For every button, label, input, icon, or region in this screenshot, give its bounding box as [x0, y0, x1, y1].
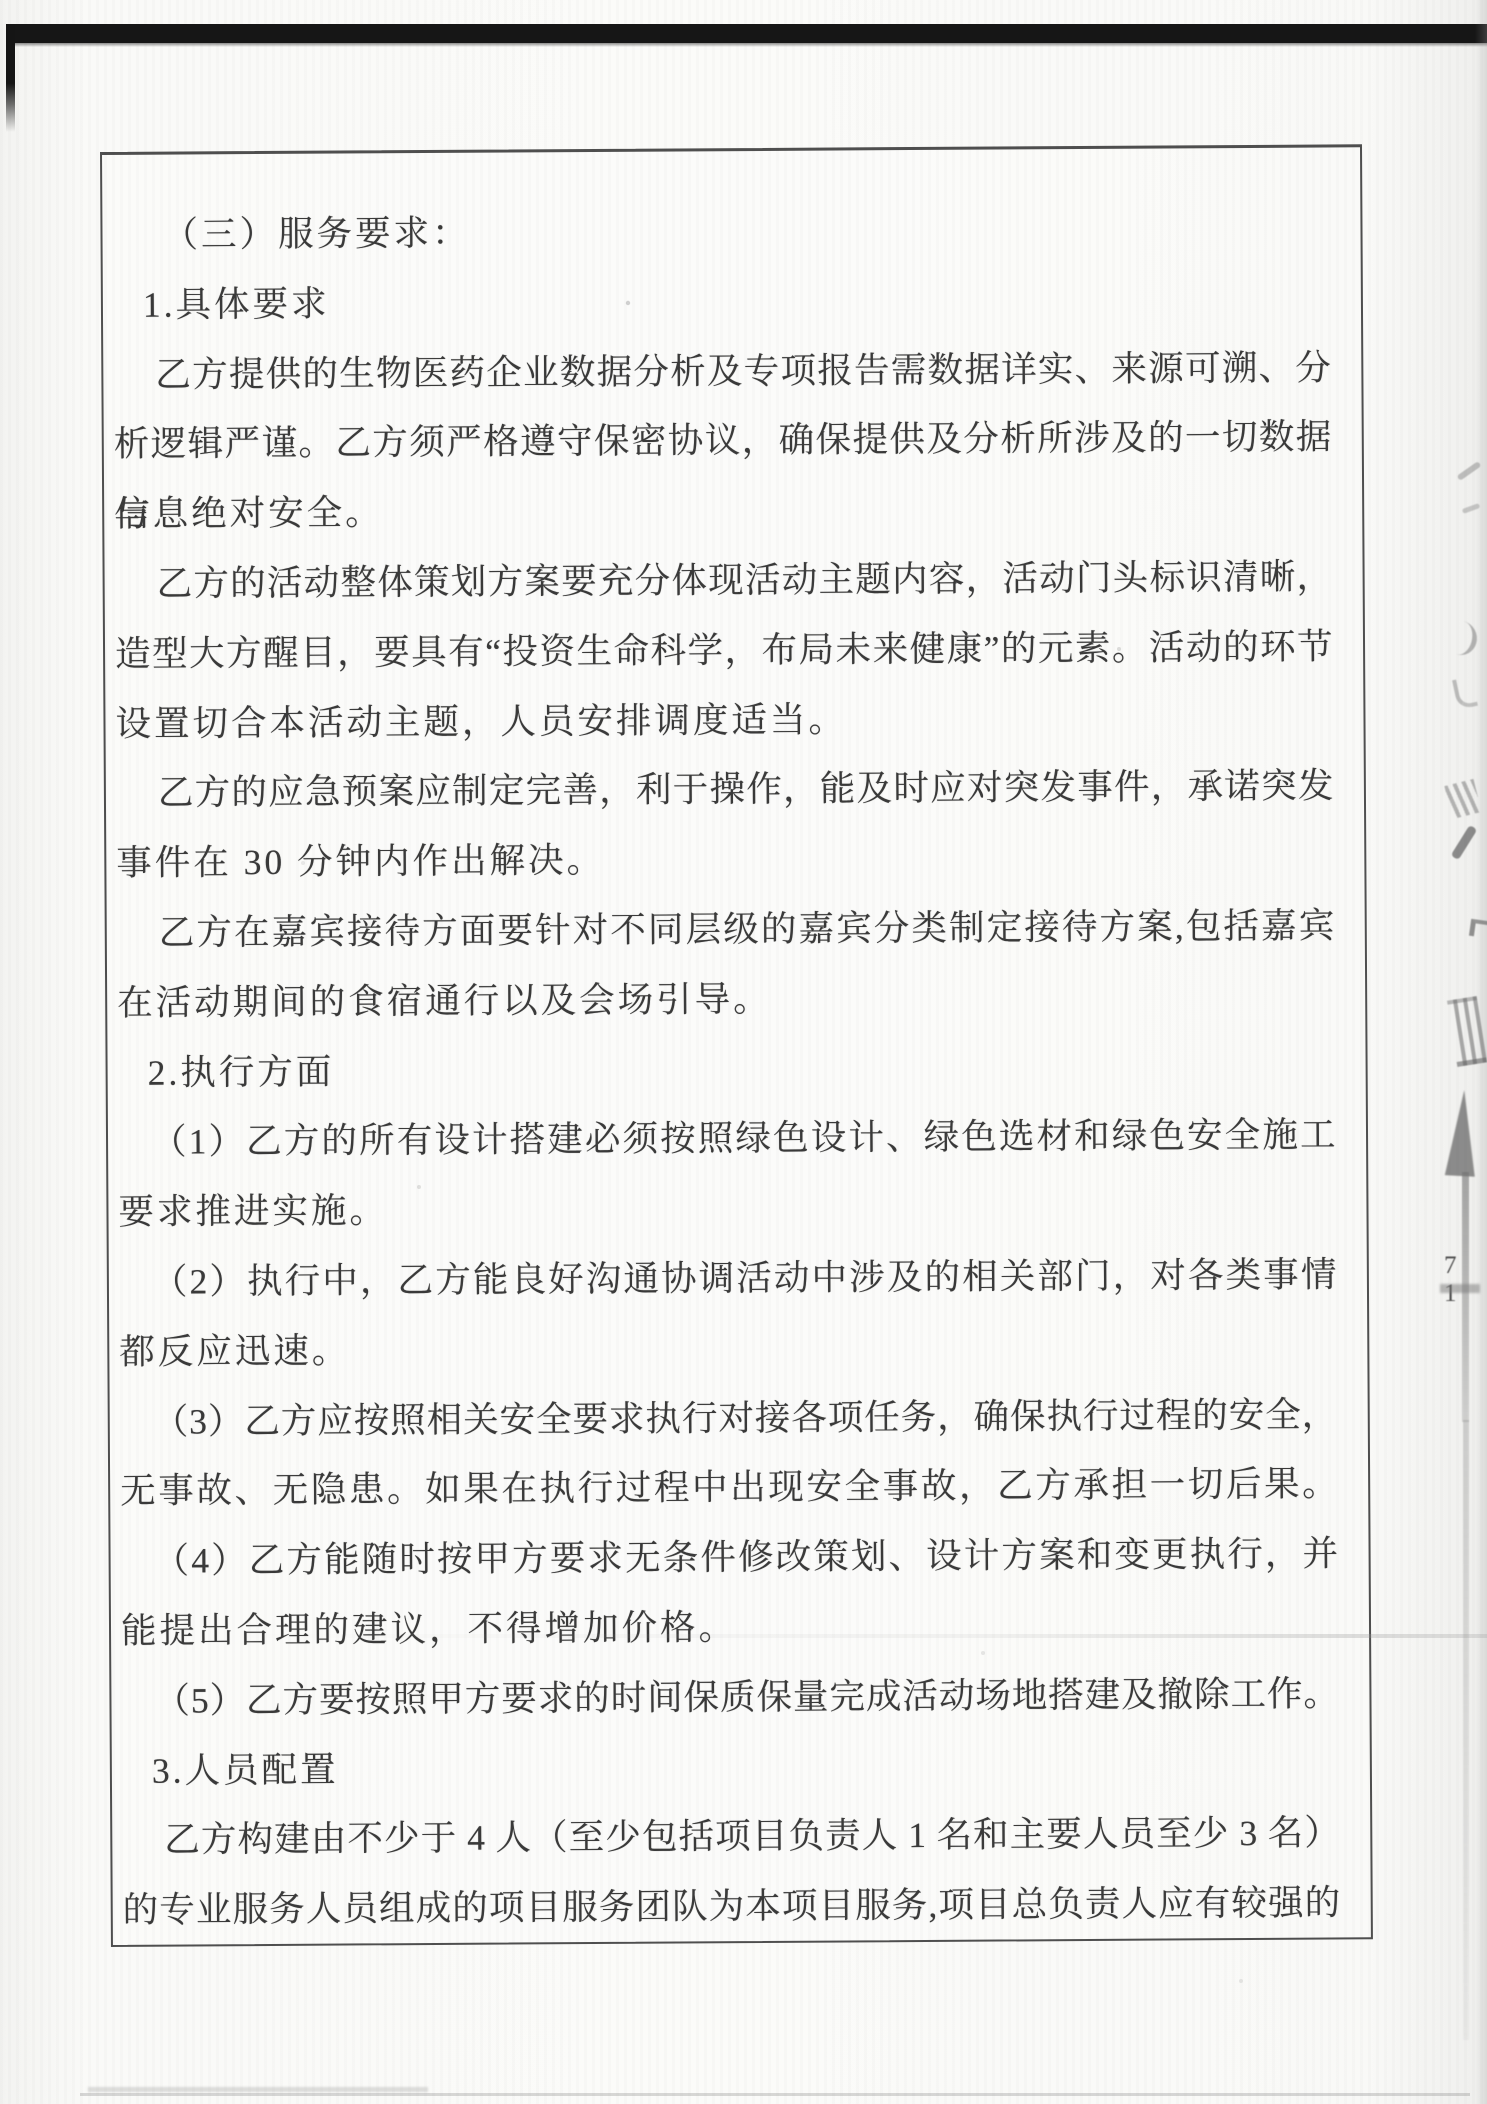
text-line: 的专业服务人员组成的项目服务团队为本项目服务,项目总负责人应有较强的	[121, 1869, 1341, 1946]
text-line: 能提出合理的建议，不得增加价格。	[119, 1589, 1339, 1666]
text-line: 要求推进实施。	[116, 1171, 1336, 1248]
text-line: （4）乙方能随时按甲方要求无条件修改策划、设计方案和变更执行，并	[118, 1520, 1338, 1597]
scan-edge-left-notch	[6, 24, 15, 132]
text-line: 2.执行方面	[115, 1031, 1335, 1108]
text-line: （1）乙方的所有设计搭建必须按照绿色设计、绿色选材和绿色安全施工	[116, 1101, 1336, 1178]
ink-arrow-mark	[1445, 1089, 1479, 1176]
scan-edge-top-bar	[6, 24, 1487, 43]
scan-bottom-edge-line	[80, 2093, 1470, 2096]
text-line: （三）服务要求：	[110, 193, 1330, 270]
text-line: 在活动期间的食宿通行以及会场引导。	[115, 961, 1335, 1038]
document-border-box: （三）服务要求：1.具体要求乙方提供的生物医药企业数据分析及专项报告需数据详实、…	[100, 144, 1373, 1947]
scanned-page: （三）服务要求：1.具体要求乙方提供的生物医药企业数据分析及专项报告需数据详实、…	[0, 0, 1487, 2104]
text-line: 造型大方醒目，要具有“投资生命科学，布局未来健康”的元素。活动的环节	[113, 612, 1333, 689]
text-line: 事件在 30 分钟内作出解决。	[114, 822, 1334, 899]
scan-bottom-smudge	[88, 2087, 428, 2092]
text-line: （2）执行中，乙方能良好沟通协调活动中涉及的相关部门，对各类事情	[117, 1240, 1337, 1317]
text-line: （3）乙方应按照相关安全要求执行对接各项任务，确保执行过程的安全，	[118, 1380, 1338, 1457]
text-line: 3.人员配置	[120, 1729, 1340, 1806]
text-line: 析逻辑严谨。乙方须严格遵守保密协议，确保提供及分析所涉及的一切数据与	[112, 403, 1332, 480]
text-line: 都反应迅速。	[117, 1310, 1337, 1387]
bleedthrough-mark-6	[1451, 825, 1478, 860]
text-line: 乙方的活动整体策划方案要充分体现活动主题内容，活动门头标识清晰，	[112, 542, 1332, 619]
text-line: 乙方在嘉宾接待方面要针对不同层级的嘉宾分类制定接待方案,包括嘉宾	[115, 891, 1335, 968]
text-line: 信息绝对安全。	[112, 473, 1332, 550]
text-line: 乙方的应急预案应制定完善，利于操作，能及时应对突发事件，承诺突发	[114, 752, 1334, 829]
bleedthrough-mark-7	[1469, 919, 1487, 938]
text-line: 1.具体要求	[111, 263, 1331, 340]
margin-smudge	[1440, 1284, 1480, 1293]
text-line: 乙方提供的生物医药企业数据分析及专项报告需数据详实、来源可溯、分	[111, 333, 1331, 410]
scan-speckles	[0, 0, 2, 2]
page-margin-number: 7 1	[1444, 1252, 1487, 1308]
text-line: （5）乙方要按照甲方要求的时间保质保量完成活动场地搭建及撤除工作。	[119, 1659, 1339, 1736]
document-lines: （三）服务要求：1.具体要求乙方提供的生物医药企业数据分析及专项报告需数据详实、…	[110, 193, 1341, 1945]
text-line: 设置切合本活动主题，人员安排调度适当。	[113, 682, 1333, 759]
text-line: 无事故、无隐患。如果在执行过程中出现安全事故，乙方承担一切后果。	[118, 1450, 1338, 1527]
ink-streak-lower	[1463, 1420, 1469, 2040]
scan-crease-line	[220, 1634, 1487, 1638]
scan-edge-top-bar-shadow	[6, 43, 1487, 47]
text-line: 乙方构建由不少于 4 人（至少包括项目负责人 1 名和主要人员至少 3 名）	[120, 1799, 1340, 1876]
